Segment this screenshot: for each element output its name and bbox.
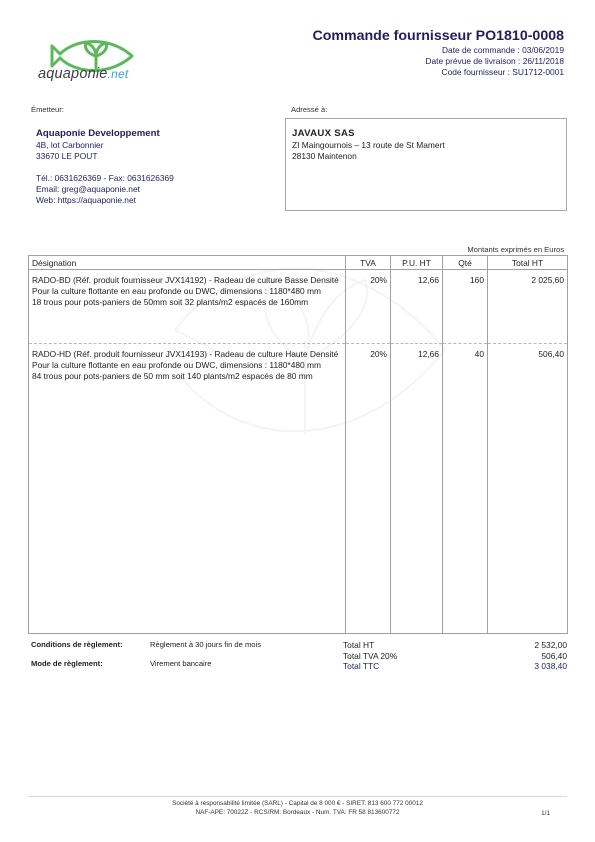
line-vat: 20% xyxy=(346,344,391,634)
order-meta: Date de commande : 03/06/2019 Date prévu… xyxy=(425,45,564,79)
total-ht-value: 2 532,00 xyxy=(534,640,567,651)
total-ht-row: Total HT 2 532,00 xyxy=(343,640,567,651)
recipient-block: JAVAUX SAS ZI Maingournois – 13 route de… xyxy=(285,118,567,211)
table-row: RADO-BD (Réf. produit fournisseur JVX141… xyxy=(29,270,568,344)
page-number: 1/1 xyxy=(541,810,550,817)
col-total-ht: Total HT xyxy=(488,256,568,270)
payment-conditions-value: Règlement à 30 jours fin de mois xyxy=(150,640,261,649)
line-qty: 160 xyxy=(443,270,488,344)
supplier-code: Code fournisseur : SU1712-0001 xyxy=(425,67,564,78)
payment-mode-value: Virement bancaire xyxy=(150,659,212,668)
footer-line-2: NAF-APE: 70022Z - RCS/RM: Bordeaux - Num… xyxy=(28,809,567,818)
recipient-address-1: ZI Maingournois – 13 route de St Mamert xyxy=(292,140,566,151)
table-row: RADO-HD (Réf. produit fournisseur JVX141… xyxy=(29,344,568,634)
total-tva-value: 506,40 xyxy=(541,651,567,662)
payment-mode-label: Mode de règlement: xyxy=(31,659,103,668)
col-unit-price: P.U. HT xyxy=(391,256,443,270)
col-designation: Désignation xyxy=(29,256,346,270)
emitter-address-2: 33670 LE POUT xyxy=(36,151,276,162)
logo-wordmark: aquaponie.net xyxy=(38,66,128,82)
line-detail-1: Pour la culture flottante en eau profond… xyxy=(32,360,342,371)
line-detail-1: Pour la culture flottante en eau profond… xyxy=(32,286,342,297)
order-date: Date de commande : 03/06/2019 xyxy=(425,45,564,56)
logo-brand: aquaponie xyxy=(38,66,108,82)
emitter-name: Aquaponie Developpement xyxy=(36,128,276,140)
emitter-label: Émetteur: xyxy=(31,105,64,114)
col-tva: TVA xyxy=(346,256,391,270)
line-designation: RADO-HD (Réf. produit fournisseur JVX141… xyxy=(29,344,346,634)
total-tva-row: Total TVA 20% 506,40 xyxy=(343,651,567,662)
footer-divider xyxy=(28,796,567,797)
emitter-phone-fax: Tél.: 0631626369 - Fax: 0631626369 xyxy=(36,173,276,184)
total-ht-label: Total HT xyxy=(343,640,374,651)
payment-conditions-label: Conditions de règlement: xyxy=(31,640,123,649)
logo-suffix: .net xyxy=(108,67,129,81)
line-vat: 20% xyxy=(346,270,391,344)
line-unit-price: 12,66 xyxy=(391,344,443,634)
line-unit-price: 12,66 xyxy=(391,270,443,344)
line-title: RADO-HD (Réf. produit fournisseur JVX141… xyxy=(32,349,342,360)
emitter-address-1: 4B, lot Carbonnier xyxy=(36,140,276,151)
line-designation: RADO-BD (Réf. produit fournisseur JVX141… xyxy=(29,270,346,344)
col-qty: Qté xyxy=(443,256,488,270)
order-lines-table: Désignation TVA P.U. HT Qté Total HT RAD… xyxy=(28,255,568,634)
recipient-name: JAVAUX SAS xyxy=(292,128,566,140)
line-detail-2: 84 trous pour pots-paniers de 50 mm soit… xyxy=(32,371,342,382)
total-ttc-label: Total TTC xyxy=(343,661,379,672)
currency-note: Montants exprimés en Euros xyxy=(467,245,564,254)
line-qty: 40 xyxy=(443,344,488,634)
document-title: Commande fournisseur PO1810-0008 xyxy=(312,28,564,44)
totals-block: Total HT 2 532,00 Total TVA 20% 506,40 T… xyxy=(343,640,567,672)
footer-line-1: Société à responsabilité limitée (SARL) … xyxy=(28,800,567,809)
line-total: 506,40 xyxy=(488,344,568,634)
emitter-block: Aquaponie Developpement 4B, lot Carbonni… xyxy=(36,128,276,206)
footer-legal: Société à responsabilité limitée (SARL) … xyxy=(28,800,567,817)
total-ttc-row: Total TTC 3 038,40 xyxy=(343,661,567,672)
emitter-web: Web: https://aquaponie.net xyxy=(36,195,276,206)
line-title: RADO-BD (Réf. produit fournisseur JVX141… xyxy=(32,275,342,286)
recipient-label: Adressé à: xyxy=(291,105,327,114)
table-header-row: Désignation TVA P.U. HT Qté Total HT xyxy=(29,256,568,270)
recipient-address-2: 28130 Maintenon xyxy=(292,151,566,162)
line-detail-2: 18 trous pour pots-paniers de 50mm soit … xyxy=(32,297,342,308)
emitter-email: Email: greg@aquaponie.net xyxy=(36,184,276,195)
total-tva-label: Total TVA 20% xyxy=(343,651,397,662)
total-ttc-value: 3 038,40 xyxy=(534,661,567,672)
line-total: 2 025,60 xyxy=(488,270,568,344)
delivery-date: Date prévue de livraison : 26/11/2018 xyxy=(425,56,564,67)
